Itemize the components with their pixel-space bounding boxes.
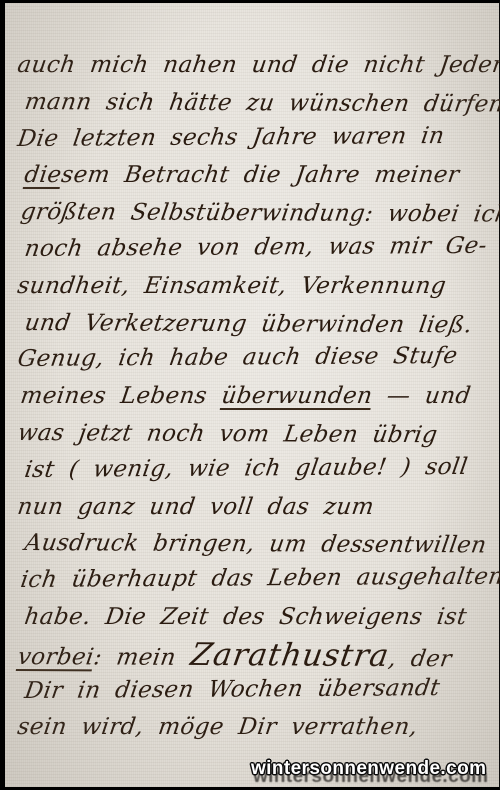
handwriting-line: auch mich nahen und die nicht Jeder- xyxy=(15,47,493,84)
handwriting-line: Die letzten sechs Jahre waren in xyxy=(15,121,493,158)
handwriting-line: sundheit, Einsamkeit, Verkennung xyxy=(15,268,493,305)
watermark: wintersonnenwende.com wintersonnenwende.… xyxy=(251,758,486,780)
handwriting-line: größten Selbstüberwindung: wobei ich xyxy=(18,194,493,231)
handwriting-line: diesem Betracht die Jahre meiner xyxy=(22,157,493,194)
handwriting-line: habe. Die Zeit des Schweigens ist xyxy=(22,599,493,636)
handwriting-line: was jetzt noch vom Leben übrig xyxy=(15,415,493,452)
handwriting-line: Ausdruck bringen, um dessentwillen xyxy=(22,525,493,562)
handwriting-line: sein wird, möge Dir verrathen, xyxy=(15,709,493,746)
handwriting-line: Dir in diesen Wochen übersandt xyxy=(22,673,493,710)
letter-body: auch mich nahen und die nicht Jeder-mann… xyxy=(15,47,493,746)
handwriting-line: vorbei: mein Zarathustra, der xyxy=(15,636,493,673)
watermark-text: wintersonnenwende.com xyxy=(251,758,486,779)
handwriting-line: nun ganz und voll das zum xyxy=(15,489,493,526)
handwriting-line: ist ( wenig, wie ich glaube! ) soll xyxy=(22,452,493,489)
handwriting-line: noch absehe von dem, was mir Ge- xyxy=(22,231,493,268)
handwriting-line: mann sich hätte zu wünschen dürfen. xyxy=(22,84,493,121)
handwriting-line: und Verketzerung überwinden ließ. xyxy=(22,305,493,342)
handwriting-line: ich überhaupt das Leben ausgehalten xyxy=(18,562,493,599)
handwriting-line: meines Lebens überwunden — und xyxy=(18,378,493,415)
letter-scan-page: auch mich nahen und die nicht Jeder-mann… xyxy=(0,0,500,790)
handwriting-line: Genug, ich habe auch diese Stufe xyxy=(15,341,493,378)
